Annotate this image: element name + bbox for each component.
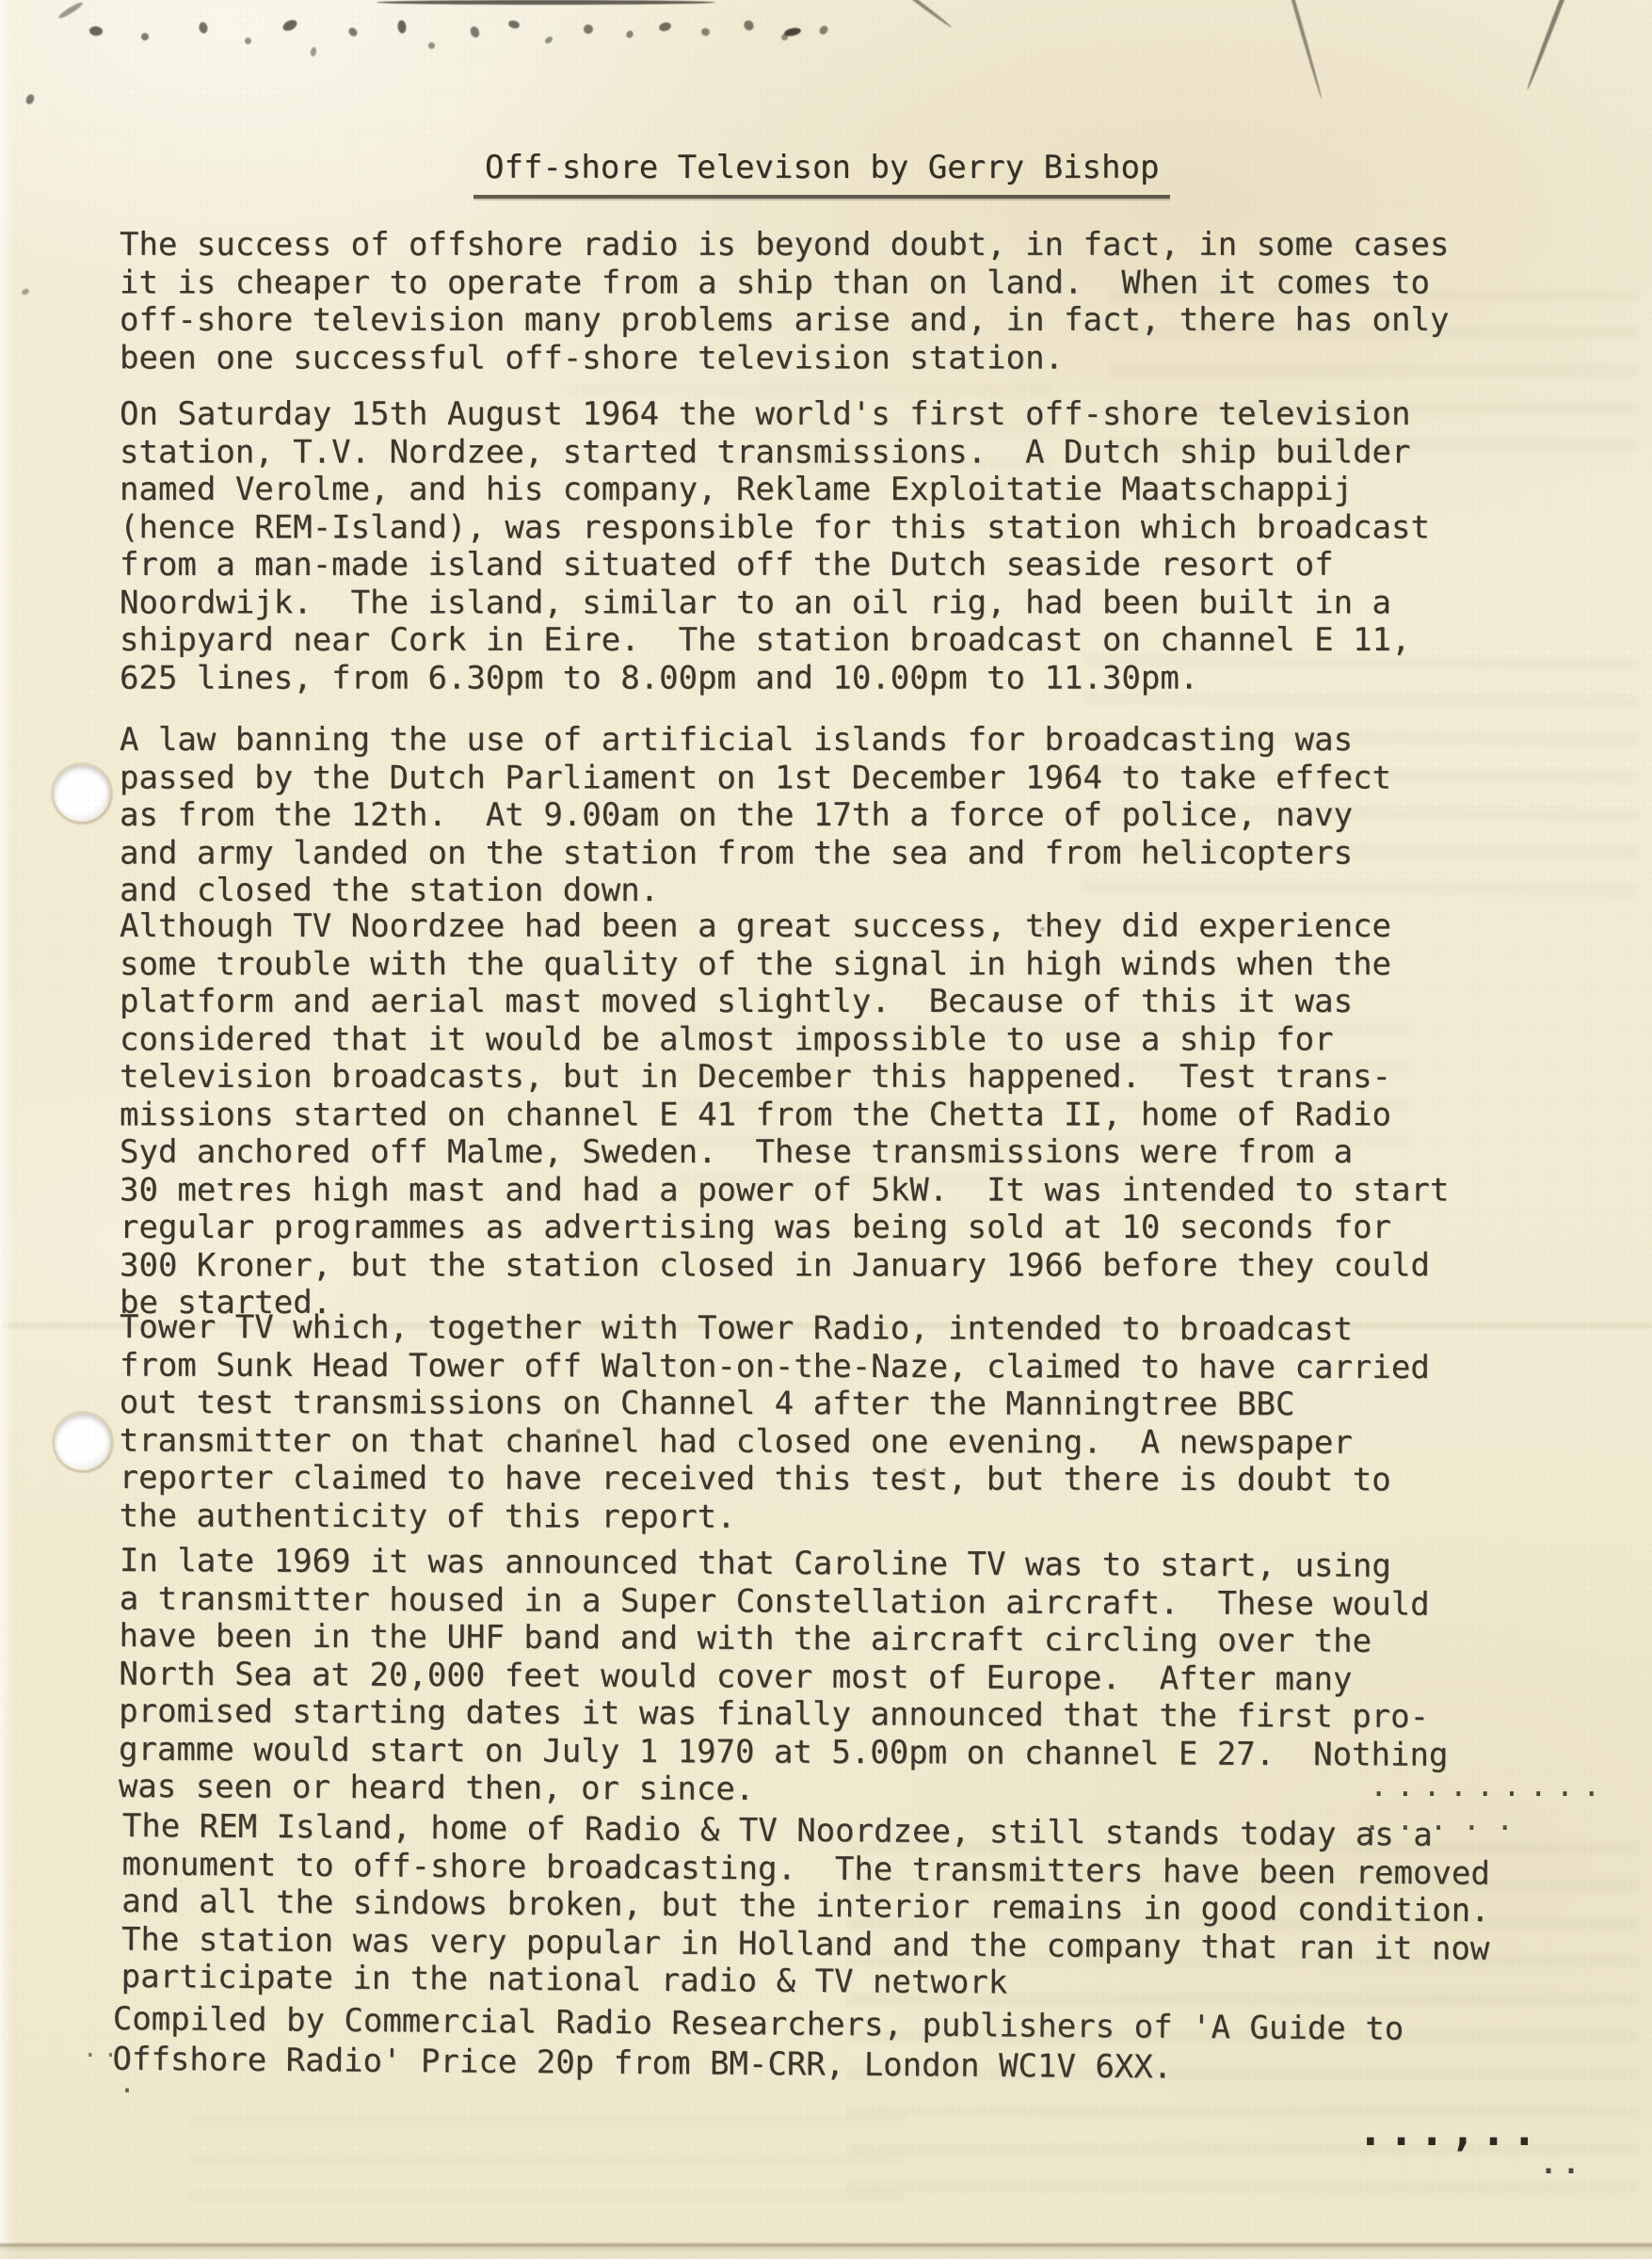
text-line: some trouble with the quality of the sig… — [120, 946, 1449, 984]
ink-speck — [658, 21, 672, 32]
text-line: a transmitter housed in a Super Constell… — [120, 1580, 1450, 1624]
ink-speck — [24, 93, 36, 105]
text-line: out test transmissions on Channel 4 afte… — [120, 1384, 1430, 1423]
text-line: considered that it would be almost impos… — [120, 1021, 1449, 1059]
ink-speck — [818, 24, 830, 37]
ink-speck — [281, 18, 299, 33]
ink-speck — [742, 19, 755, 33]
text-line: television broadcasts, but in December t… — [120, 1058, 1449, 1096]
text-line: 300 Kroner, but the station closed in Ja… — [120, 1247, 1449, 1285]
text-line: A law banning the use of artificial isla… — [120, 721, 1391, 759]
typed-dots-row: .. — [83, 2035, 123, 2063]
text-line: it is cheaper to operate from a ship tha… — [120, 264, 1449, 302]
text-line: the authenticity of this report. — [120, 1498, 1430, 1537]
text-line: passed by the Dutch Parliament on 1st De… — [120, 760, 1391, 797]
ink-speck — [377, 0, 715, 5]
ink-speck — [700, 27, 711, 38]
paragraph: The success of offshore radio is beyond … — [120, 226, 1449, 376]
paper-bottom-edge — [0, 2242, 1652, 2259]
text-line: named Verolme, and his company, Reklame … — [120, 471, 1430, 508]
ink-speck — [883, 0, 953, 29]
ink-speck — [139, 31, 150, 41]
ink-speck — [507, 20, 521, 30]
paragraph: Tower TV which, together with Tower Radi… — [120, 1308, 1430, 1536]
text-line: On Saturday 15th August 1964 the world's… — [120, 395, 1430, 433]
stray-dot: . — [119, 2067, 136, 2100]
text-line: have been in the UHF band and with the a… — [119, 1617, 1449, 1660]
text-line: 30 metres high mast and had a power of 5… — [120, 1172, 1449, 1210]
ink-speck — [584, 24, 593, 34]
text-line: from Sunk Head Tower off Walton-on-the-N… — [120, 1347, 1430, 1386]
typed-dots-row: ......... — [1370, 1768, 1609, 1803]
text-line: reporter claimed to have received this t… — [120, 1459, 1430, 1498]
text-line: been one successful off-shore television… — [120, 340, 1449, 377]
punch-hole-bottom — [55, 1414, 111, 1470]
paragraph: Compiled by Commercial Radio Researchers… — [112, 1999, 1403, 2089]
ink-speck — [783, 26, 801, 38]
paragraph: The REM Island, home of Radio & TV Noord… — [121, 1807, 1491, 2005]
ink-speck — [469, 25, 481, 39]
text-line: off-shore television many problems arise… — [120, 301, 1449, 339]
ink-speck — [310, 47, 317, 57]
text-line: was seen or heard then, or since. — [119, 1768, 1449, 1811]
paragraph: Although TV Noordzee had been a great su… — [120, 907, 1449, 1322]
typed-dots-row: ...,.. — [1357, 2105, 1542, 2155]
text-line: Syd anchored off Malme, Sweden. These tr… — [120, 1133, 1449, 1171]
ink-speck — [244, 37, 252, 45]
ink-speck — [89, 25, 104, 36]
text-line: shipyard near Cork in Eire. The station … — [120, 621, 1430, 659]
text-line: Although TV Noordzee had been a great su… — [120, 907, 1449, 945]
text-line: The success of offshore radio is beyond … — [120, 226, 1449, 264]
showthrough-text-artifact — [188, 2099, 904, 2203]
text-line: Noordwijk. The island, similar to an oil… — [120, 585, 1430, 622]
paper-left-edge — [0, 0, 13, 2259]
text-line: transmitter on that channel had closed o… — [120, 1422, 1430, 1462]
text-line: platform and aerial mast moved slightly.… — [120, 983, 1449, 1020]
text-line: In late 1969 it was announced that Carol… — [120, 1542, 1450, 1585]
ink-speck — [427, 41, 437, 51]
text-line: and closed the station down. — [120, 872, 1391, 909]
text-line: promised starting dates it was finally a… — [119, 1692, 1449, 1736]
ink-speck — [347, 26, 360, 39]
text-line: from a man-made island situated off the … — [120, 546, 1430, 584]
text-line: Tower TV which, together with Tower Radi… — [120, 1308, 1430, 1348]
ink-speck — [544, 35, 554, 44]
text-line: missions started on channel E 41 from th… — [120, 1097, 1449, 1134]
text-line: station, T.V. Nordzee, started transmiss… — [120, 434, 1430, 472]
ink-speck — [21, 287, 30, 296]
page-title: Off-shore Televison by Gerry Bishop — [473, 149, 1170, 199]
paragraph: A law banning the use of artificial isla… — [120, 721, 1391, 909]
text-line: 625 lines, from 6.30pm to 8.00pm and 10.… — [120, 660, 1430, 697]
ink-speck — [57, 1, 85, 21]
ink-speck — [198, 22, 208, 34]
text-line: gramme would start on July 1 1970 at 5.0… — [119, 1731, 1449, 1774]
text-line: regular programmes as advertising was be… — [120, 1209, 1449, 1246]
ink-speck — [397, 20, 407, 34]
typed-dots-row: .. — [1540, 2148, 1585, 2181]
punch-hole-top — [54, 765, 110, 822]
text-line: as from the 12th. At 9.00am on the 17th … — [120, 796, 1391, 834]
ink-speck — [625, 29, 634, 40]
text-line: and army landed on the station from the … — [120, 835, 1391, 873]
ink-speck — [1265, 0, 1323, 99]
document-page: Off-shore Televison by Gerry Bishop The … — [0, 0, 1652, 2259]
text-line: North Sea at 20,000 feet would cover mos… — [119, 1656, 1449, 1699]
ink-speck — [1525, 0, 1596, 90]
typed-dots-row: ..... — [1363, 1802, 1529, 1837]
text-line: (hence REM-Island), was responsible for … — [120, 509, 1430, 547]
paragraph: On Saturday 15th August 1964 the world's… — [120, 395, 1430, 697]
paragraph: In late 1969 it was announced that Carol… — [119, 1542, 1450, 1811]
